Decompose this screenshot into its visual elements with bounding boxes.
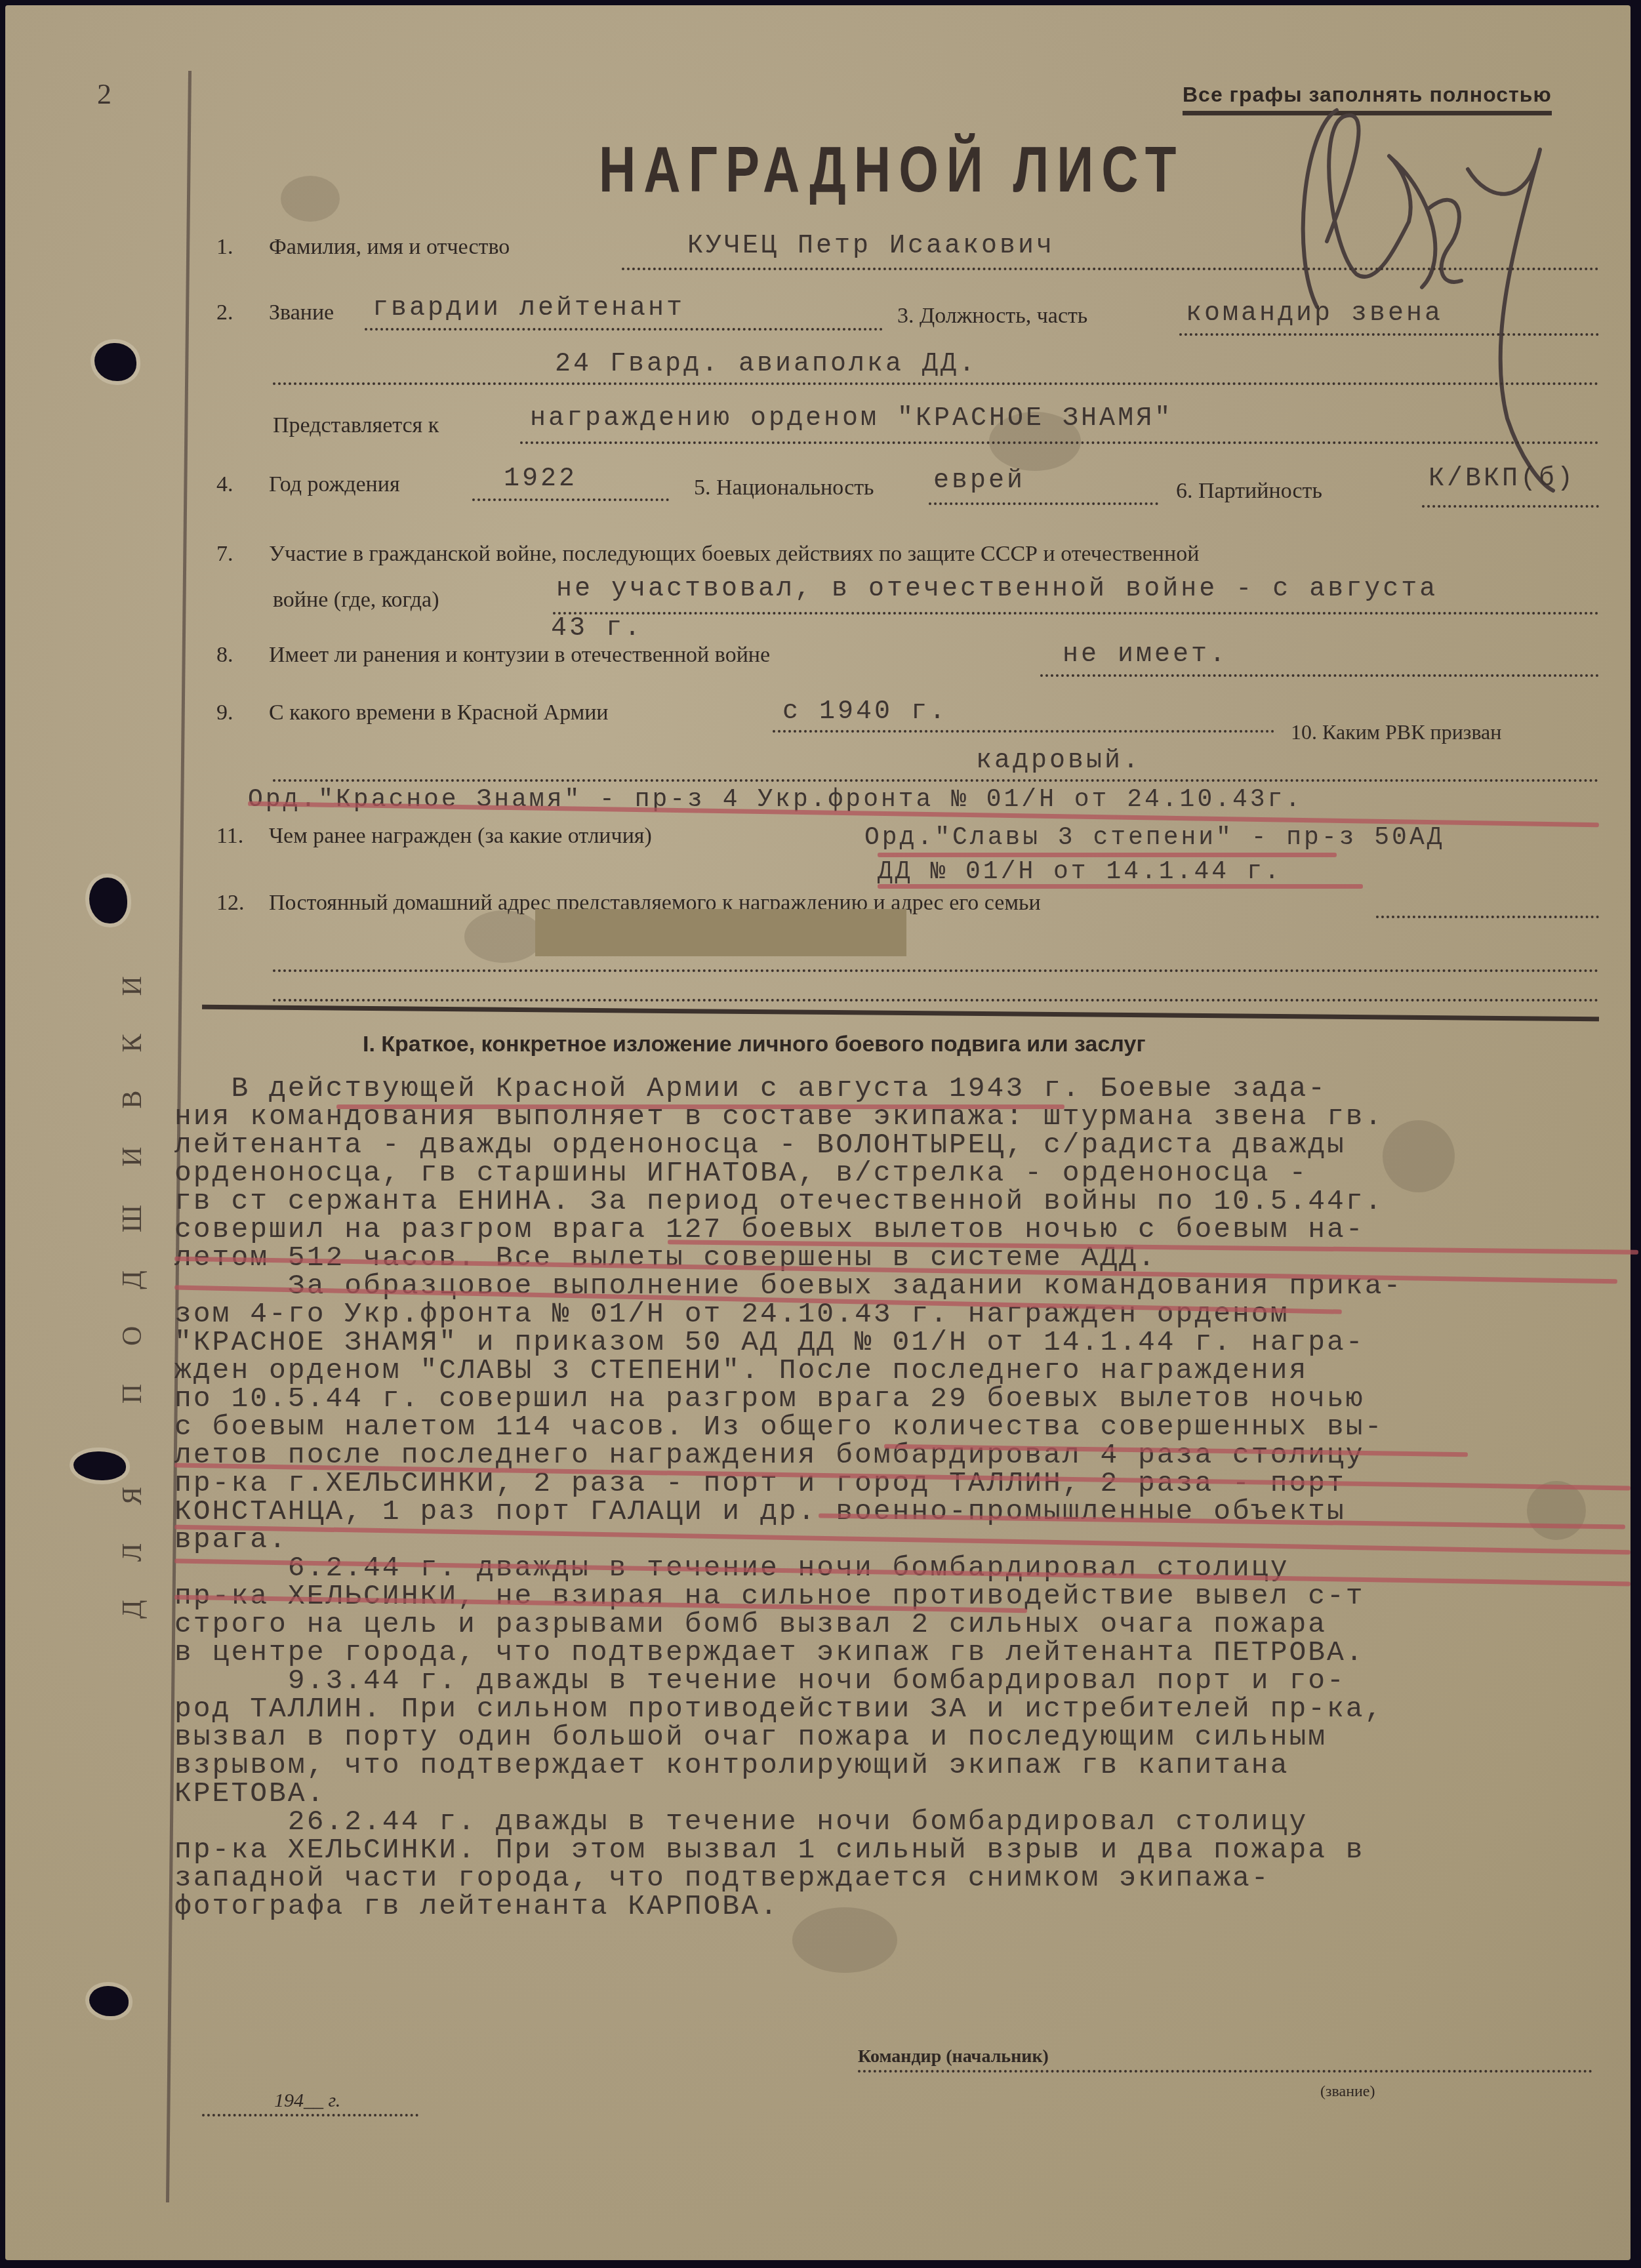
party-label: 6. Партийность bbox=[1176, 479, 1322, 504]
participation-underline bbox=[553, 612, 1599, 615]
full-name-underline bbox=[622, 268, 1599, 270]
draft-office-underline bbox=[273, 779, 1599, 782]
participation-value: не участвовал, в отечественной войне - с… bbox=[556, 575, 1438, 604]
red-underline bbox=[878, 853, 1337, 857]
punch-hole-icon bbox=[73, 1451, 126, 1480]
field-wounds: 8.Имеет ли ранения и контузии в отечеств… bbox=[216, 643, 1578, 668]
army-since-label: С какого времени в Красной Армии bbox=[269, 700, 609, 725]
position-value: командир звена bbox=[1186, 299, 1443, 329]
party-underline bbox=[1422, 505, 1599, 508]
handwritten-signature-icon bbox=[1291, 91, 1579, 497]
home-address-underline bbox=[1376, 916, 1599, 918]
unit-underline bbox=[273, 382, 1599, 385]
punch-hole-icon bbox=[94, 343, 136, 381]
date-underline bbox=[202, 2114, 418, 2116]
wounds-label: Имеет ли ранения и контузии в отечествен… bbox=[269, 643, 770, 667]
nominated-value: награждению орденом "КРАСНОЕ ЗНАМЯ" bbox=[530, 404, 1173, 434]
birth-year-label: Год рождения bbox=[269, 472, 400, 496]
field-participation: 7.Участие в гражданской войне, последующ… bbox=[216, 542, 1578, 567]
narrative-text: В действующей Красной Армии с августа 19… bbox=[174, 1074, 1617, 1920]
nationality-underline bbox=[929, 502, 1158, 505]
divider-dotted bbox=[273, 999, 1599, 1002]
participation-label-2: войне (где, когда) bbox=[273, 588, 439, 613]
award-sheet-page: ДЛЯ ПОДШИВКИ 2 Все графы заполнять полно… bbox=[5, 5, 1631, 2260]
rank-value: гвардии лейтенант bbox=[373, 294, 685, 323]
unit-value: 24 Гвард. авиаполка ДД. bbox=[555, 350, 977, 379]
date-stub: 194__ г. bbox=[274, 2090, 340, 2112]
full-name-value: КУЧЕЦ Петр Исаакович bbox=[687, 232, 1055, 261]
home-address-underline-2 bbox=[273, 969, 1599, 972]
position-label: 3. Должность, часть bbox=[897, 304, 1087, 329]
previous-awards-value-2: Орд."Славы 3 степени" - пр-з 50АД bbox=[864, 824, 1445, 852]
draft-office-label: 10. Каким РВК призван bbox=[1291, 720, 1501, 744]
punch-hole-icon bbox=[89, 1986, 129, 2016]
party-value: К/ВКП(б) bbox=[1428, 464, 1575, 494]
army-since-underline bbox=[773, 730, 1274, 733]
punch-hole-icon bbox=[89, 878, 127, 923]
participation-value-2: 43 г. bbox=[551, 614, 643, 643]
previous-awards-value-3: ДД № 01/Н от 14.1.44 г. bbox=[878, 858, 1282, 886]
full-name-label: Фамилия, имя и отчество bbox=[269, 235, 510, 259]
wounds-underline bbox=[1040, 674, 1599, 677]
rank-underline bbox=[365, 328, 883, 331]
participation-label: Участие в гражданской войне, последующих… bbox=[269, 542, 1199, 566]
wounds-value: не имеет. bbox=[1063, 640, 1228, 670]
previous-awards-label: Чем ранее награжден (за какие отличия) bbox=[269, 824, 652, 848]
rank-label: Звание bbox=[269, 300, 334, 325]
nominated-underline bbox=[520, 441, 1599, 444]
signature-caption: Командир (начальник) bbox=[858, 2046, 1049, 2067]
page-mark: 2 bbox=[97, 77, 111, 111]
document-title: НАГРАДНОЙ ЛИСТ bbox=[599, 132, 1184, 207]
rank-caption: (звание) bbox=[1320, 2083, 1375, 2101]
binding-margin-note: ДЛЯ ПОДШИВКИ bbox=[117, 938, 148, 1619]
field-birth-year: 4.Год рождения bbox=[216, 472, 1578, 497]
redacted-address-block bbox=[535, 909, 906, 956]
army-since-value: с 1940 г. bbox=[782, 697, 948, 727]
section-heading: I. Краткое, конкретное изложение личного… bbox=[363, 1032, 1146, 1057]
nationality-label: 5. Национальность bbox=[694, 476, 874, 500]
birth-year-underline bbox=[472, 498, 669, 501]
signature-underline bbox=[858, 2070, 1592, 2073]
nominated-label: Представляется к bbox=[273, 413, 439, 438]
red-underline bbox=[878, 884, 1363, 889]
birth-year-value: 1922 bbox=[504, 464, 577, 494]
nationality-value: еврей bbox=[933, 466, 1025, 496]
red-underline bbox=[336, 1104, 1064, 1109]
draft-office-value: кадровый. bbox=[976, 746, 1141, 776]
position-underline bbox=[1179, 333, 1599, 336]
section-divider bbox=[202, 1005, 1599, 1022]
